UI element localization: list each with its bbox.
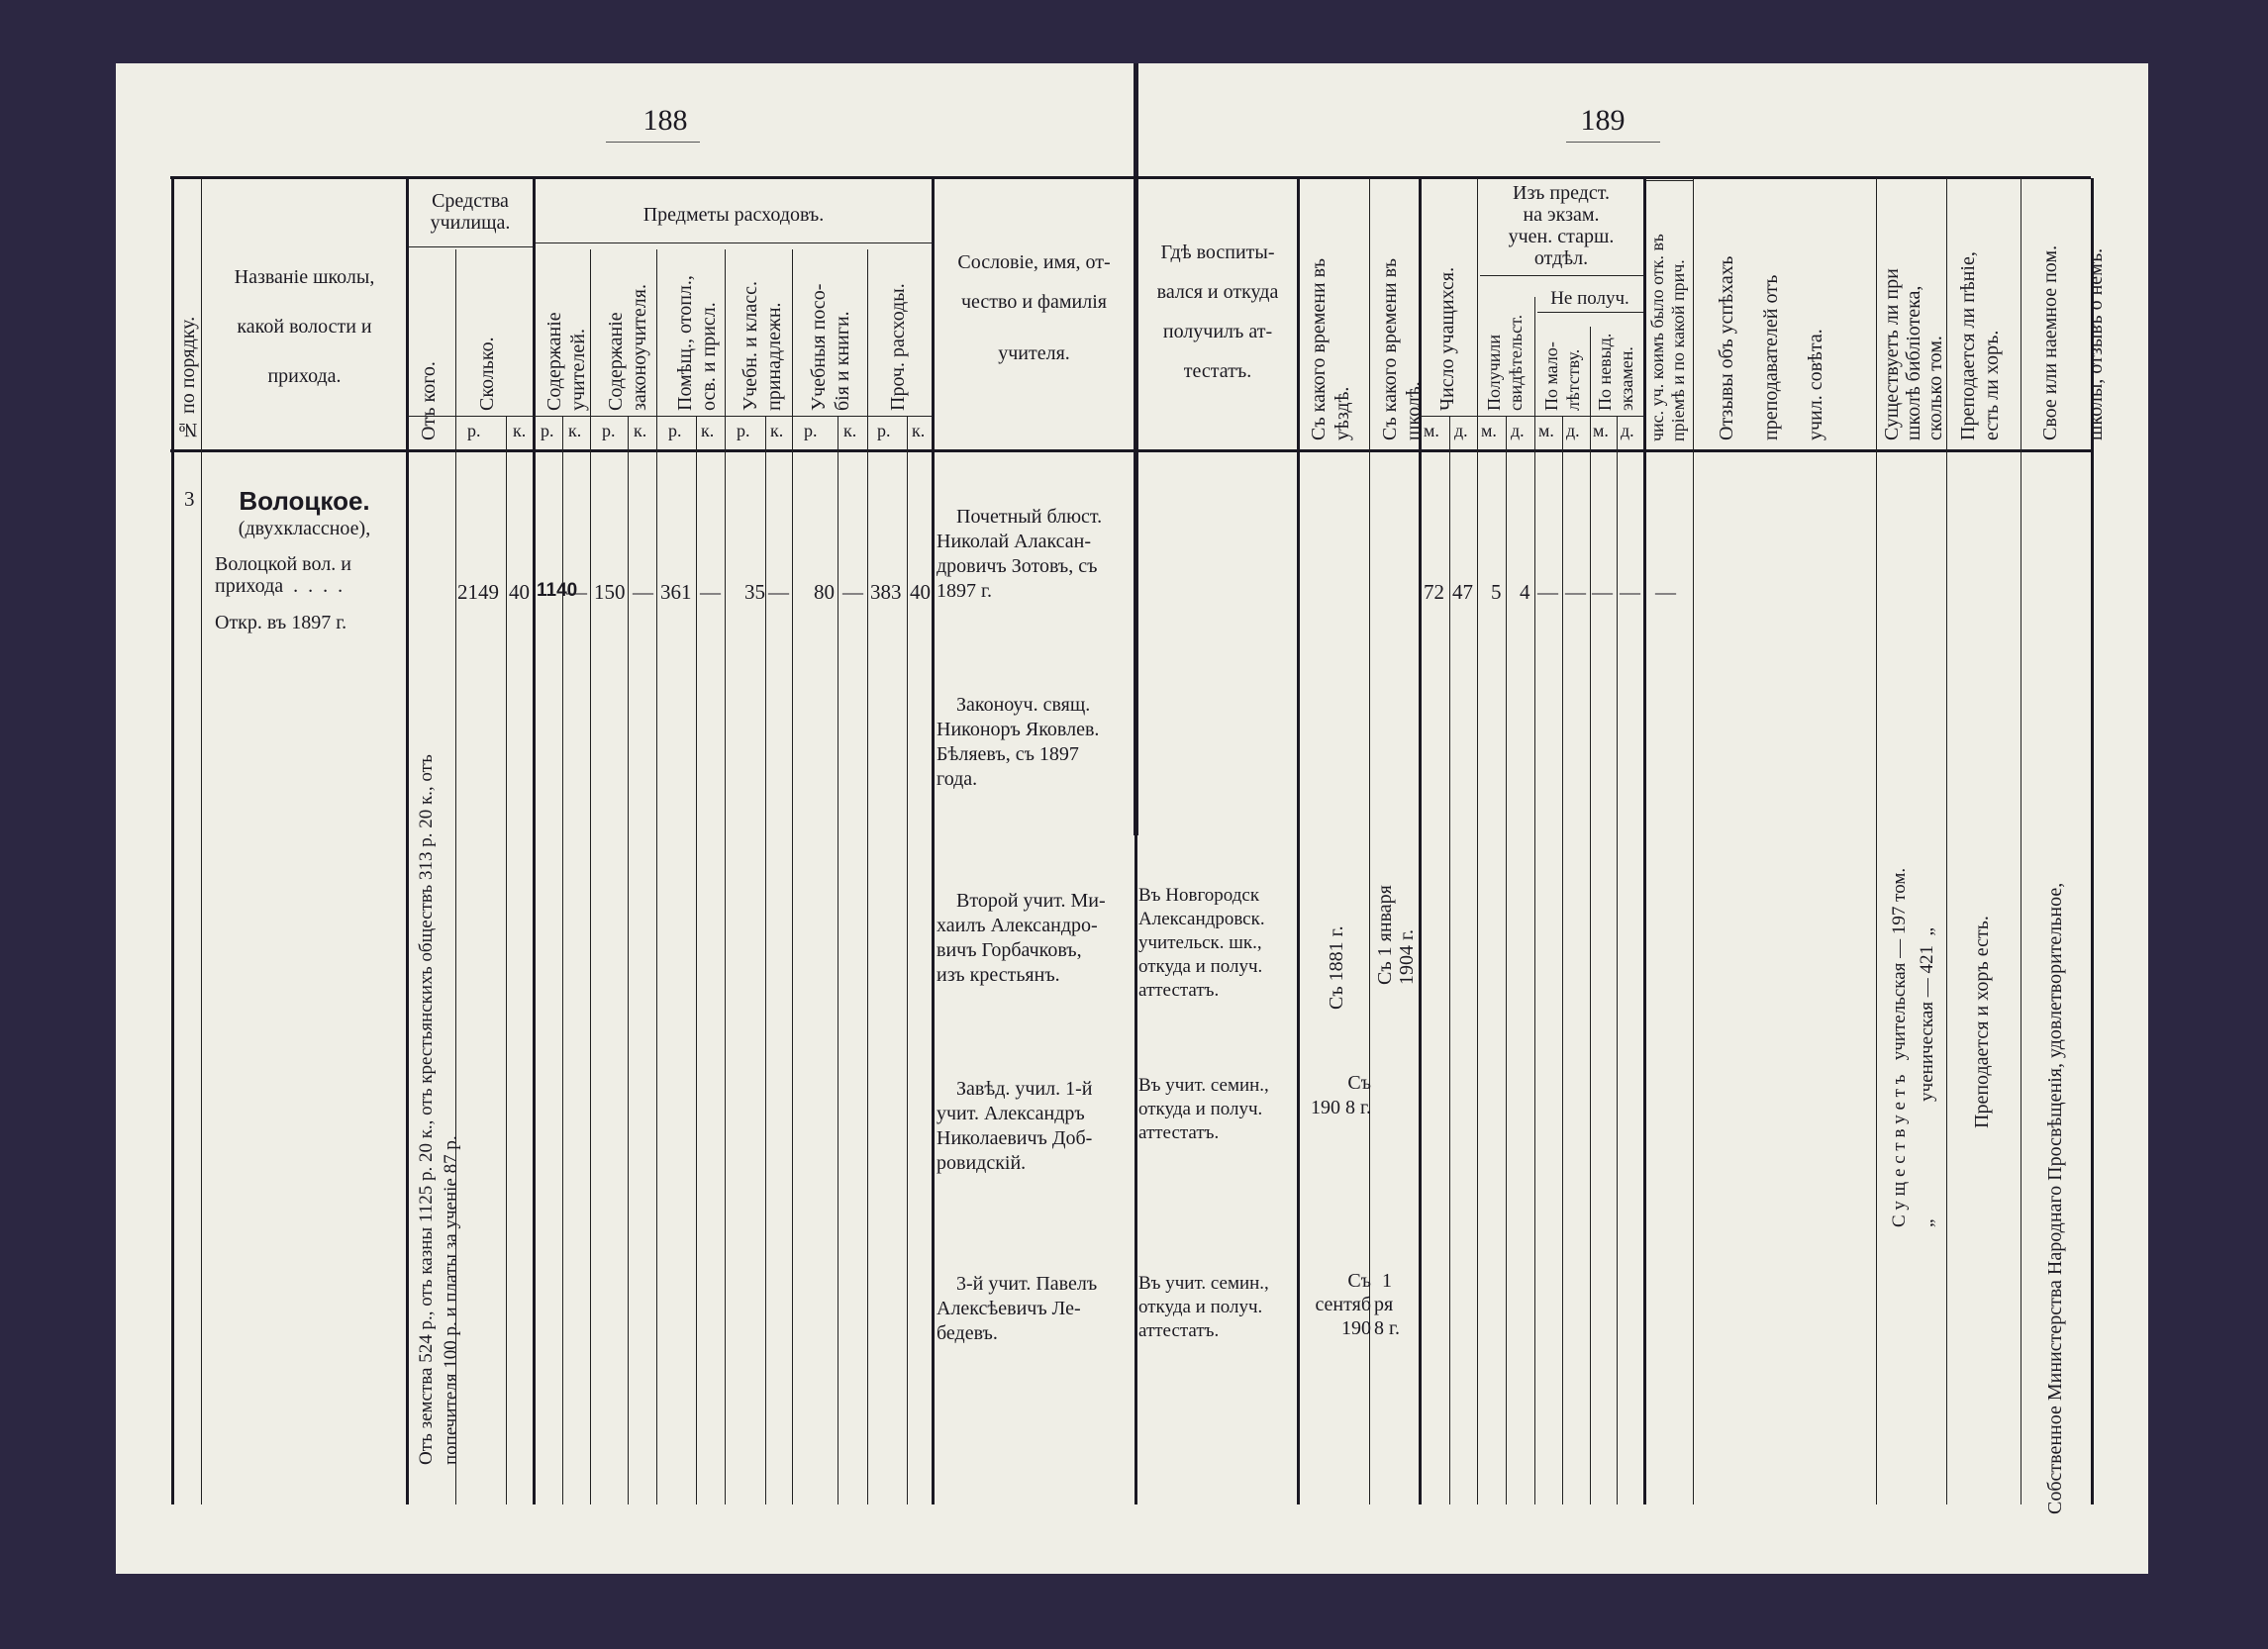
- header-since-school: Съ какого времени въшколѣ.: [1378, 188, 1426, 440]
- teacher-entry: Почетный блюст. Николай Алаксан- дровичъ…: [937, 505, 1133, 604]
- teacher-entry: 3-й учит. Павелъ Алексѣевичъ Ле- бедевъ.: [937, 1272, 1133, 1346]
- header-reviews: Отзывы объ успѣхахъпреподавателей отъучи…: [1705, 193, 1838, 440]
- exp-books-r: 80: [814, 580, 835, 605]
- page-number-rule-right: [1566, 142, 1660, 143]
- exp-other-r: 383: [870, 580, 902, 605]
- header-exam-group: Изъ предст. на экзам. учен. старш. отдѣл…: [1479, 182, 1643, 269]
- header-exp-supplies: Учебн. и класс.принадлежн.: [739, 252, 786, 411]
- page-number-right: 189: [1533, 104, 1672, 138]
- page-number-rule-left: [606, 142, 700, 143]
- header-since-district: Съ какого времени въуѣздѣ.: [1307, 188, 1354, 440]
- teacher-education: Въ учит. семин., откуда и получ. аттеста…: [1138, 1074, 1297, 1145]
- exp-other-k: 40: [910, 580, 931, 605]
- pupils-d: 47: [1452, 580, 1473, 605]
- since-district: Съ 190 8 г.: [1302, 1071, 1371, 1120]
- page-number-left: 188: [596, 104, 735, 138]
- table-top-rule: [170, 176, 2091, 179]
- singing-info: Преподается и хоръ есть.: [1970, 812, 1994, 1128]
- row-number: 3: [184, 487, 195, 512]
- header-exp-other: Проч. расходы.: [886, 252, 910, 411]
- header-exp-books: Учебныя посо-бія и книги.: [807, 252, 854, 411]
- header-funds-amount: Сколько.: [475, 262, 499, 411]
- pupils-m: 72: [1424, 580, 1444, 605]
- refused-count: —: [1655, 580, 1676, 605]
- header-exp-law-teacher: Содержаніезаконоучителя.: [604, 252, 651, 411]
- cert-d: 4: [1520, 580, 1530, 605]
- header-teacher: Сословіе, имя, от- чество и фамилія учит…: [934, 242, 1134, 373]
- teacher-entry: Второй учит. Ми- хаилъ Александро- вичъ …: [937, 889, 1133, 988]
- since-district: Съ 1881 г.: [1325, 871, 1348, 1010]
- since-school: 1 ря 8 г.: [1374, 1269, 1419, 1340]
- since-district: Съ сентяб 190: [1300, 1269, 1371, 1340]
- header-bottom-rule: [170, 449, 2091, 452]
- header-premises: Свое или наемное пом.школы, отзывъ о нем…: [2027, 188, 2119, 440]
- library-info: С у щ е с т в у е т ъ учительская — 197 …: [1886, 713, 1941, 1227]
- header-not-received: Не получ.: [1536, 286, 1643, 311]
- cert-m: 5: [1491, 580, 1502, 605]
- header-expenses-group: Предметы расходовъ.: [536, 203, 932, 228]
- teacher-education: Въ Новгородск Александровск. учительск. …: [1138, 884, 1297, 1003]
- school-title: Волоцкое.: [203, 485, 406, 517]
- exp-law-r: 150: [594, 580, 626, 605]
- header-exp-teachers: Содержаніеучителей.: [542, 252, 590, 411]
- header-by-age: По мало-лѣтству.: [1540, 317, 1584, 411]
- header-school-name: Названіе школы, какой волости и прихода.: [203, 252, 406, 401]
- teacher-entry: Завѣд. учил. 1-й учит. Александръ Никола…: [937, 1077, 1133, 1176]
- header-education: Гдѣ воспиты- вался и откуда получилъ ат-…: [1138, 233, 1297, 391]
- exp-supplies-r: 35: [744, 580, 765, 605]
- funds-sources-text: Отъ земства 524 р., отъ казны 1125 р. 20…: [414, 475, 463, 1465]
- header-funds-group: Средства училища.: [408, 190, 533, 234]
- teacher-entry: Законоуч. свящ. Никоноръ Яковлев. Бѣляев…: [937, 693, 1133, 792]
- header-pupils: Число учащихся.: [1435, 188, 1459, 411]
- header-no: № по порядку.: [176, 198, 200, 440]
- funds-total-k: 40: [509, 580, 530, 605]
- teacher-education: Въ учит. семин., откуда и получ. аттеста…: [1138, 1272, 1297, 1343]
- header-funds-from: Отъ кого.: [417, 262, 441, 440]
- premises-info: Собственное Министерства Народнаго Просв…: [2043, 515, 2067, 1514]
- header-refused: чис. уч. коимъ было отк. въпріемѣ и по к…: [1647, 182, 1689, 441]
- header-exp-premises: Помѣщ., отопл.,осв. и присл.: [673, 252, 721, 411]
- school-entry: Волоцкое. (двухклассное), Волоцкой вол. …: [203, 485, 406, 635]
- funds-total-r: 2149: [457, 580, 499, 605]
- header-by-exam: По невыд.экзамен.: [1594, 317, 1637, 411]
- header-library: Существуетъ ли пришколѣ библіотека,сколь…: [1881, 188, 1946, 440]
- since-school: Съ 1 января1904 г.: [1374, 866, 1418, 985]
- header-received-cert: Получилисвидѣтельст.: [1483, 282, 1527, 411]
- header-singing: Преподается ли пѣніе,есть ли хоръ.: [1956, 188, 2004, 440]
- exp-premises-r: 361: [660, 580, 692, 605]
